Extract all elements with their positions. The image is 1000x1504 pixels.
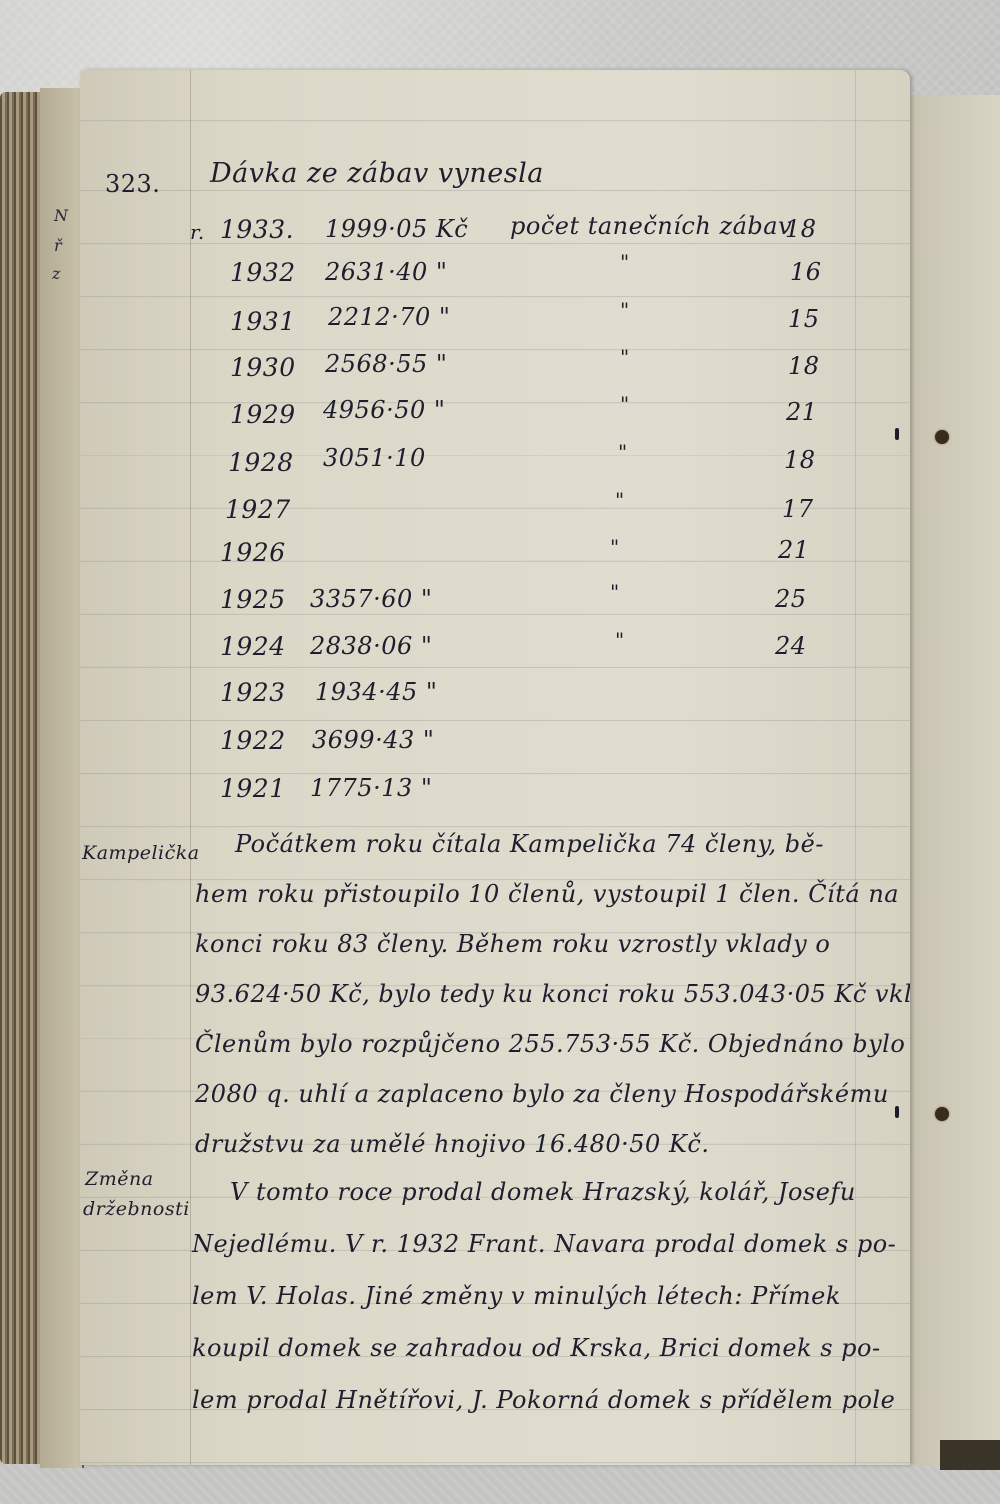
year-prefix: r. (190, 220, 205, 244)
paragraph-line: 93.624·50 Kč, bylo tedy ku konci roku 55… (195, 980, 910, 1008)
year: 1930 (230, 353, 296, 382)
amount: 4956·50 " (323, 396, 445, 424)
left-margin-fragment: ř (54, 236, 62, 255)
paragraph-line: lem V. Holas. Jiné změny v minulých léte… (192, 1282, 841, 1310)
binding-hole (935, 1107, 949, 1121)
year: 1924 (220, 632, 286, 661)
amount: 1934·45 " (315, 678, 437, 706)
paragraph-line: V tomto roce prodal domek Hrazský, kolář… (230, 1178, 856, 1206)
paragraph-line: 2080 q. uhlí a zaplaceno bylo za členy H… (195, 1080, 889, 1108)
amount: 2838·06 " (310, 632, 432, 660)
left-margin-fragment: z (52, 264, 61, 283)
left-page-edge: N ř z (40, 88, 84, 1468)
year: 1925 (220, 585, 286, 614)
year: 1933. (220, 215, 294, 244)
paragraph-line: Počátkem roku čítala Kampelička 74 členy… (235, 830, 824, 858)
ditto-mark: " (610, 535, 620, 559)
ditto-mark: " (618, 440, 628, 464)
amount: 2631·40 " (325, 258, 447, 286)
paragraph-line: lem prodal Hnětířovi, J. Pokorná domek s… (192, 1386, 895, 1414)
paragraph-line: hem roku přistoupilo 10 členů, vystoupil… (195, 880, 899, 908)
amount: 3051·10 (323, 444, 426, 472)
ink-mark (895, 1106, 899, 1118)
ink-mark (895, 428, 899, 440)
year: 1928 (228, 448, 294, 477)
ditto-mark: " (610, 580, 620, 604)
count: 18 (788, 352, 820, 380)
ditto-mark: " (620, 250, 630, 274)
year: 1923 (220, 678, 286, 707)
amount: 2212·70 " (328, 303, 450, 331)
count: 18 (785, 215, 817, 243)
ditto-mark: " (620, 345, 630, 369)
amount: 1999·05 Kč (325, 215, 468, 243)
margin-line (190, 70, 191, 1465)
ditto-mark: " (620, 298, 630, 322)
count: 24 (775, 632, 807, 660)
amount: 3357·60 " (310, 585, 432, 613)
count: 17 (782, 495, 814, 523)
count-header: počet tanečních zábav (510, 212, 792, 240)
count: 21 (786, 398, 818, 426)
entry-title: Dávka ze zábav vynesla (210, 158, 544, 189)
year: 1929 (230, 400, 296, 429)
count: 16 (790, 258, 822, 286)
paragraph-line: Členům bylo rozpůjčeno 255.753·55 Kč. Ob… (195, 1030, 905, 1058)
ditto-mark: " (615, 488, 625, 512)
entry-number: 323. (105, 170, 160, 198)
year: 1921 (220, 774, 286, 803)
year: 1926 (220, 538, 286, 567)
amount: 2568·55 " (325, 350, 447, 378)
paragraph-line: koupil domek se zahradou od Krska, Brici… (192, 1334, 881, 1362)
paragraph-line: konci roku 83 členy. Během roku vzrostly… (195, 930, 830, 958)
year: 1932 (230, 258, 296, 287)
amount: 3699·43 " (312, 726, 434, 754)
count: 25 (775, 585, 807, 613)
year: 1927 (225, 495, 291, 524)
ditto-mark: " (620, 392, 630, 416)
paragraph-line: Nejedlému. V r. 1932 Frant. Navara proda… (192, 1230, 896, 1258)
tablecloth-bottom (0, 1460, 1000, 1504)
binding-hole (935, 430, 949, 444)
year: 1931 (230, 307, 296, 336)
ledger-page: 323. Dávka ze zábav vynesla r. 1933. 199… (80, 70, 910, 1465)
paragraph-line: družstvu za umělé hnojivo 16.480·50 Kč. (195, 1130, 709, 1158)
right-page-edge (905, 95, 1000, 1465)
section-side-label: Změna (85, 1168, 154, 1190)
amount: 1775·13 " (310, 774, 432, 802)
left-margin-fragment: N (54, 206, 69, 225)
count: 18 (784, 446, 816, 474)
count: 15 (788, 305, 820, 333)
section-side-label: Kampelička (82, 842, 200, 864)
book-cover-corner (940, 1440, 1000, 1470)
count: 21 (778, 536, 810, 564)
ditto-mark: " (615, 628, 625, 652)
section-side-label: držebnosti (83, 1198, 190, 1220)
year: 1922 (220, 726, 286, 755)
